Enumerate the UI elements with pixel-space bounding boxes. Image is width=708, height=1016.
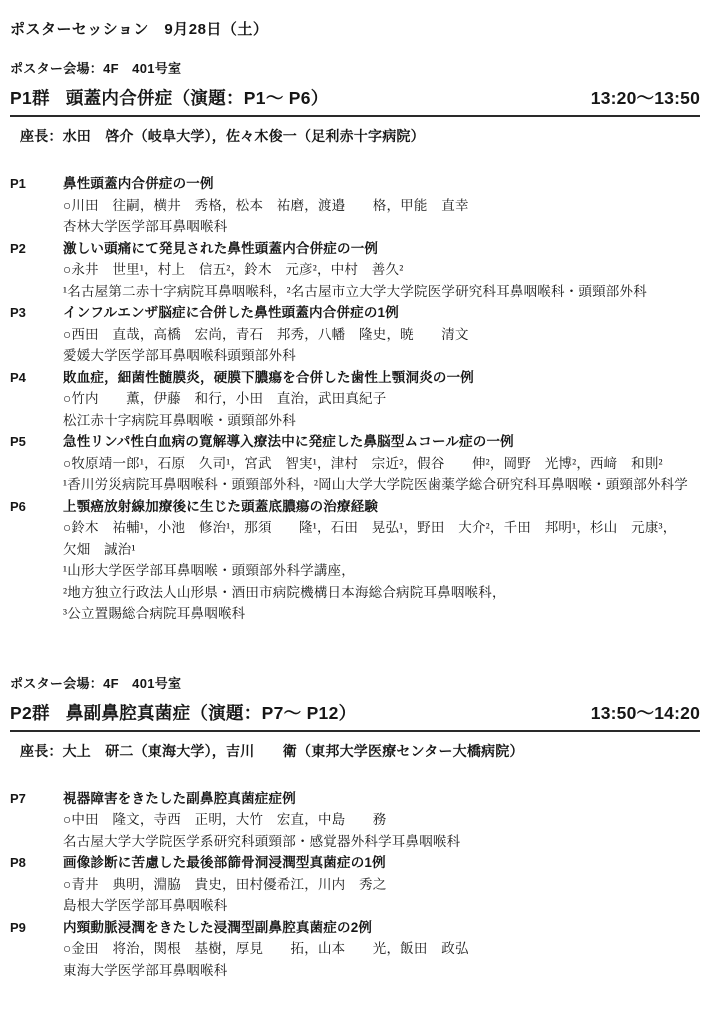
entry-title: 敗血症，細菌性髄膜炎，硬膜下膿瘍を合併した歯性上顎洞炎の一例 [63,367,700,389]
entry-affiliation: ²地方独立行政法人山形県・酒田市病院機構日本海総合病院耳鼻咽喉科， [63,582,700,604]
venue-label: ポスター会場：4F 401号室 [10,58,700,77]
session-group-line: P1群頭蓋内合併症（演題：P1～ P6） [10,85,329,110]
group-title: 鼻副鼻腔真菌症（演題：P7～ P12） [66,703,357,723]
entry-id: P8 [10,852,63,917]
entry-authors: ○中田 隆文，寺西 正明，大竹 宏直，中島 務 [63,809,700,831]
entry-affiliation: 松江赤十字病院耳鼻咽喉・頭頸部外科 [63,410,700,432]
entry-title: 画像診断に苦慮した最後部篩骨洞浸潤型真菌症の1例 [63,852,700,874]
entry-body: 画像診断に苦慮した最後部篩骨洞浸潤型真菌症の1例 ○青井 典明，淵脇 貴史，田村… [63,852,700,917]
entry-authors: ○竹内 薫，伊藤 和行，小田 直治，武田真紀子 [63,388,700,410]
entry-body: 激しい頭痛にて発見された鼻性頭蓋内合併症の一例 ○永井 世里¹，村上 信五²，鈴… [63,238,700,303]
entry-title: 鼻性頭蓋内合併症の一例 [63,173,700,195]
chair-label: 座長：大上 研二（東海大学），吉川 衛（東邦大学医療センター大橋病院） [20,741,700,761]
entry-row: P7 視器障害をきたした副鼻腔真菌症症例 ○中田 隆文，寺西 正明，大竹 宏直，… [10,788,700,853]
entry-body: 急性リンパ性白血病の寛解導入療法中に発症した鼻脳型ムコール症の一例 ○牧原靖一郎… [63,431,700,496]
entry-title: 内頸動脈浸潤をきたした浸潤型副鼻腔真菌症の2例 [63,917,700,939]
entry-authors: ○牧原靖一郎¹，石原 久司¹，宮武 智実¹，津村 宗近²，假谷 伸²，岡野 光博… [63,453,700,475]
entry-body: 上顎癌放射線加療後に生じた頭蓋底膿瘍の治療経験 ○鈴木 祐輔¹，小池 修治¹，那… [63,496,700,625]
entry-list: P1 鼻性頭蓋内合併症の一例 ○川田 往嗣，横井 秀格，松本 祐磨，渡邉 格，甲… [10,173,700,625]
entry-affiliation: 愛媛大学医学部耳鼻咽喉科頭頸部外科 [63,345,700,367]
page-title: ポスターセッション 9月28日（土） [10,18,700,39]
entry-row: P6 上顎癌放射線加療後に生じた頭蓋底膿瘍の治療経験 ○鈴木 祐輔¹，小池 修治… [10,496,700,625]
session-heading: P2群鼻副鼻腔真菌症（演題：P7～ P12） 13:50～14:20 [10,700,700,732]
entry-title: 激しい頭痛にて発見された鼻性頭蓋内合併症の一例 [63,238,700,260]
entry-authors: ○永井 世里¹，村上 信五²，鈴木 元彦²，中村 善久² [63,259,700,281]
entry-id: P9 [10,917,63,982]
entry-row: P5 急性リンパ性白血病の寛解導入療法中に発症した鼻脳型ムコール症の一例 ○牧原… [10,431,700,496]
entry-row: P3 インフルエンザ脳症に合併した鼻性頭蓋内合併症の1例 ○西田 直哉，高橋 宏… [10,302,700,367]
entry-authors: ○金田 将治，関根 基樹，厚見 拓，山本 光，飯田 政弘 [63,938,700,960]
entry-id: P3 [10,302,63,367]
entry-row: P2 激しい頭痛にて発見された鼻性頭蓋内合併症の一例 ○永井 世里¹，村上 信五… [10,238,700,303]
entry-affiliation: 名古屋大学大学院医学系研究科頭頸部・感覚器外科学耳鼻咽喉科 [63,831,700,853]
session-heading: P1群頭蓋内合併症（演題：P1～ P6） 13:20～13:50 [10,85,700,117]
entry-id: P6 [10,496,63,625]
session-group-line: P2群鼻副鼻腔真菌症（演題：P7～ P12） [10,700,356,725]
entry-authors: ○青井 典明，淵脇 貴史，田村優希江，川内 秀之 [63,874,700,896]
group-label: P1群 [10,88,50,108]
entry-id: P4 [10,367,63,432]
venue-label: ポスター会場：4F 401号室 [10,673,700,692]
entry-title: 上顎癌放射線加療後に生じた頭蓋底膿瘍の治療経験 [63,496,700,518]
entry-affiliation: 杏林大学医学部耳鼻咽喉科 [63,216,700,238]
session-time: 13:50～14:20 [591,700,700,725]
session-time: 13:20～13:50 [591,85,700,110]
entry-title: 急性リンパ性白血病の寛解導入療法中に発症した鼻脳型ムコール症の一例 [63,431,700,453]
entry-affiliation: 東海大学医学部耳鼻咽喉科 [63,960,700,982]
entry-affiliation: 島根大学医学部耳鼻咽喉科 [63,895,700,917]
entry-authors: 欠畑 誠治¹ [63,539,700,561]
entry-title: インフルエンザ脳症に合併した鼻性頭蓋内合併症の1例 [63,302,700,324]
entry-body: 鼻性頭蓋内合併症の一例 ○川田 往嗣，横井 秀格，松本 祐磨，渡邉 格，甲能 直… [63,173,700,238]
chair-label: 座長：水田 啓介（岐阜大学），佐々木俊一（足利赤十字病院） [20,126,700,146]
entry-row: P8 画像診断に苦慮した最後部篩骨洞浸潤型真菌症の1例 ○青井 典明，淵脇 貴史… [10,852,700,917]
entry-body: 視器障害をきたした副鼻腔真菌症症例 ○中田 隆文，寺西 正明，大竹 宏直，中島 … [63,788,700,853]
entry-affiliation: ¹山形大学医学部耳鼻咽喉・頭頸部外科学講座， [63,560,700,582]
entry-id: P7 [10,788,63,853]
entry-authors: ○鈴木 祐輔¹，小池 修治¹，那須 隆¹，石田 晃弘¹，野田 大介²，千田 邦明… [63,517,700,539]
session-block-p2: ポスター会場：4F 401号室 P2群鼻副鼻腔真菌症（演題：P7～ P12） 1… [10,673,700,982]
entry-affiliation: ¹香川労災病院耳鼻咽喉科・頭頸部外科，²岡山大学大学院医歯薬学総合研究科耳鼻咽喉… [63,474,700,496]
entry-body: インフルエンザ脳症に合併した鼻性頭蓋内合併症の1例 ○西田 直哉，高橋 宏尚，青… [63,302,700,367]
entry-row: P4 敗血症，細菌性髄膜炎，硬膜下膿瘍を合併した歯性上顎洞炎の一例 ○竹内 薫，… [10,367,700,432]
entry-list: P7 視器障害をきたした副鼻腔真菌症症例 ○中田 隆文，寺西 正明，大竹 宏直，… [10,788,700,982]
entry-authors: ○川田 往嗣，横井 秀格，松本 祐磨，渡邉 格，甲能 直幸 [63,195,700,217]
entry-id: P1 [10,173,63,238]
entry-authors: ○西田 直哉，高橋 宏尚，青石 邦秀，八幡 隆史，暁 清文 [63,324,700,346]
entry-id: P5 [10,431,63,496]
session-block-p1: ポスター会場：4F 401号室 P1群頭蓋内合併症（演題：P1～ P6） 13:… [10,58,700,625]
group-label: P2群 [10,703,50,723]
entry-id: P2 [10,238,63,303]
entry-body: 内頸動脈浸潤をきたした浸潤型副鼻腔真菌症の2例 ○金田 将治，関根 基樹，厚見 … [63,917,700,982]
program-page: ポスターセッション 9月28日（土） ポスター会場：4F 401号室 P1群頭蓋… [0,0,708,1016]
entry-row: P1 鼻性頭蓋内合併症の一例 ○川田 往嗣，横井 秀格，松本 祐磨，渡邉 格，甲… [10,173,700,238]
entry-affiliation: ¹名古屋第二赤十字病院耳鼻咽喉科，²名古屋市立大学大学院医学研究科耳鼻咽喉科・頭… [63,281,700,303]
entry-body: 敗血症，細菌性髄膜炎，硬膜下膿瘍を合併した歯性上顎洞炎の一例 ○竹内 薫，伊藤 … [63,367,700,432]
entry-title: 視器障害をきたした副鼻腔真菌症症例 [63,788,700,810]
entry-affiliation: ³公立置賜総合病院耳鼻咽喉科 [63,603,700,625]
group-title: 頭蓋内合併症（演題：P1～ P6） [66,88,329,108]
entry-row: P9 内頸動脈浸潤をきたした浸潤型副鼻腔真菌症の2例 ○金田 将治，関根 基樹，… [10,917,700,982]
